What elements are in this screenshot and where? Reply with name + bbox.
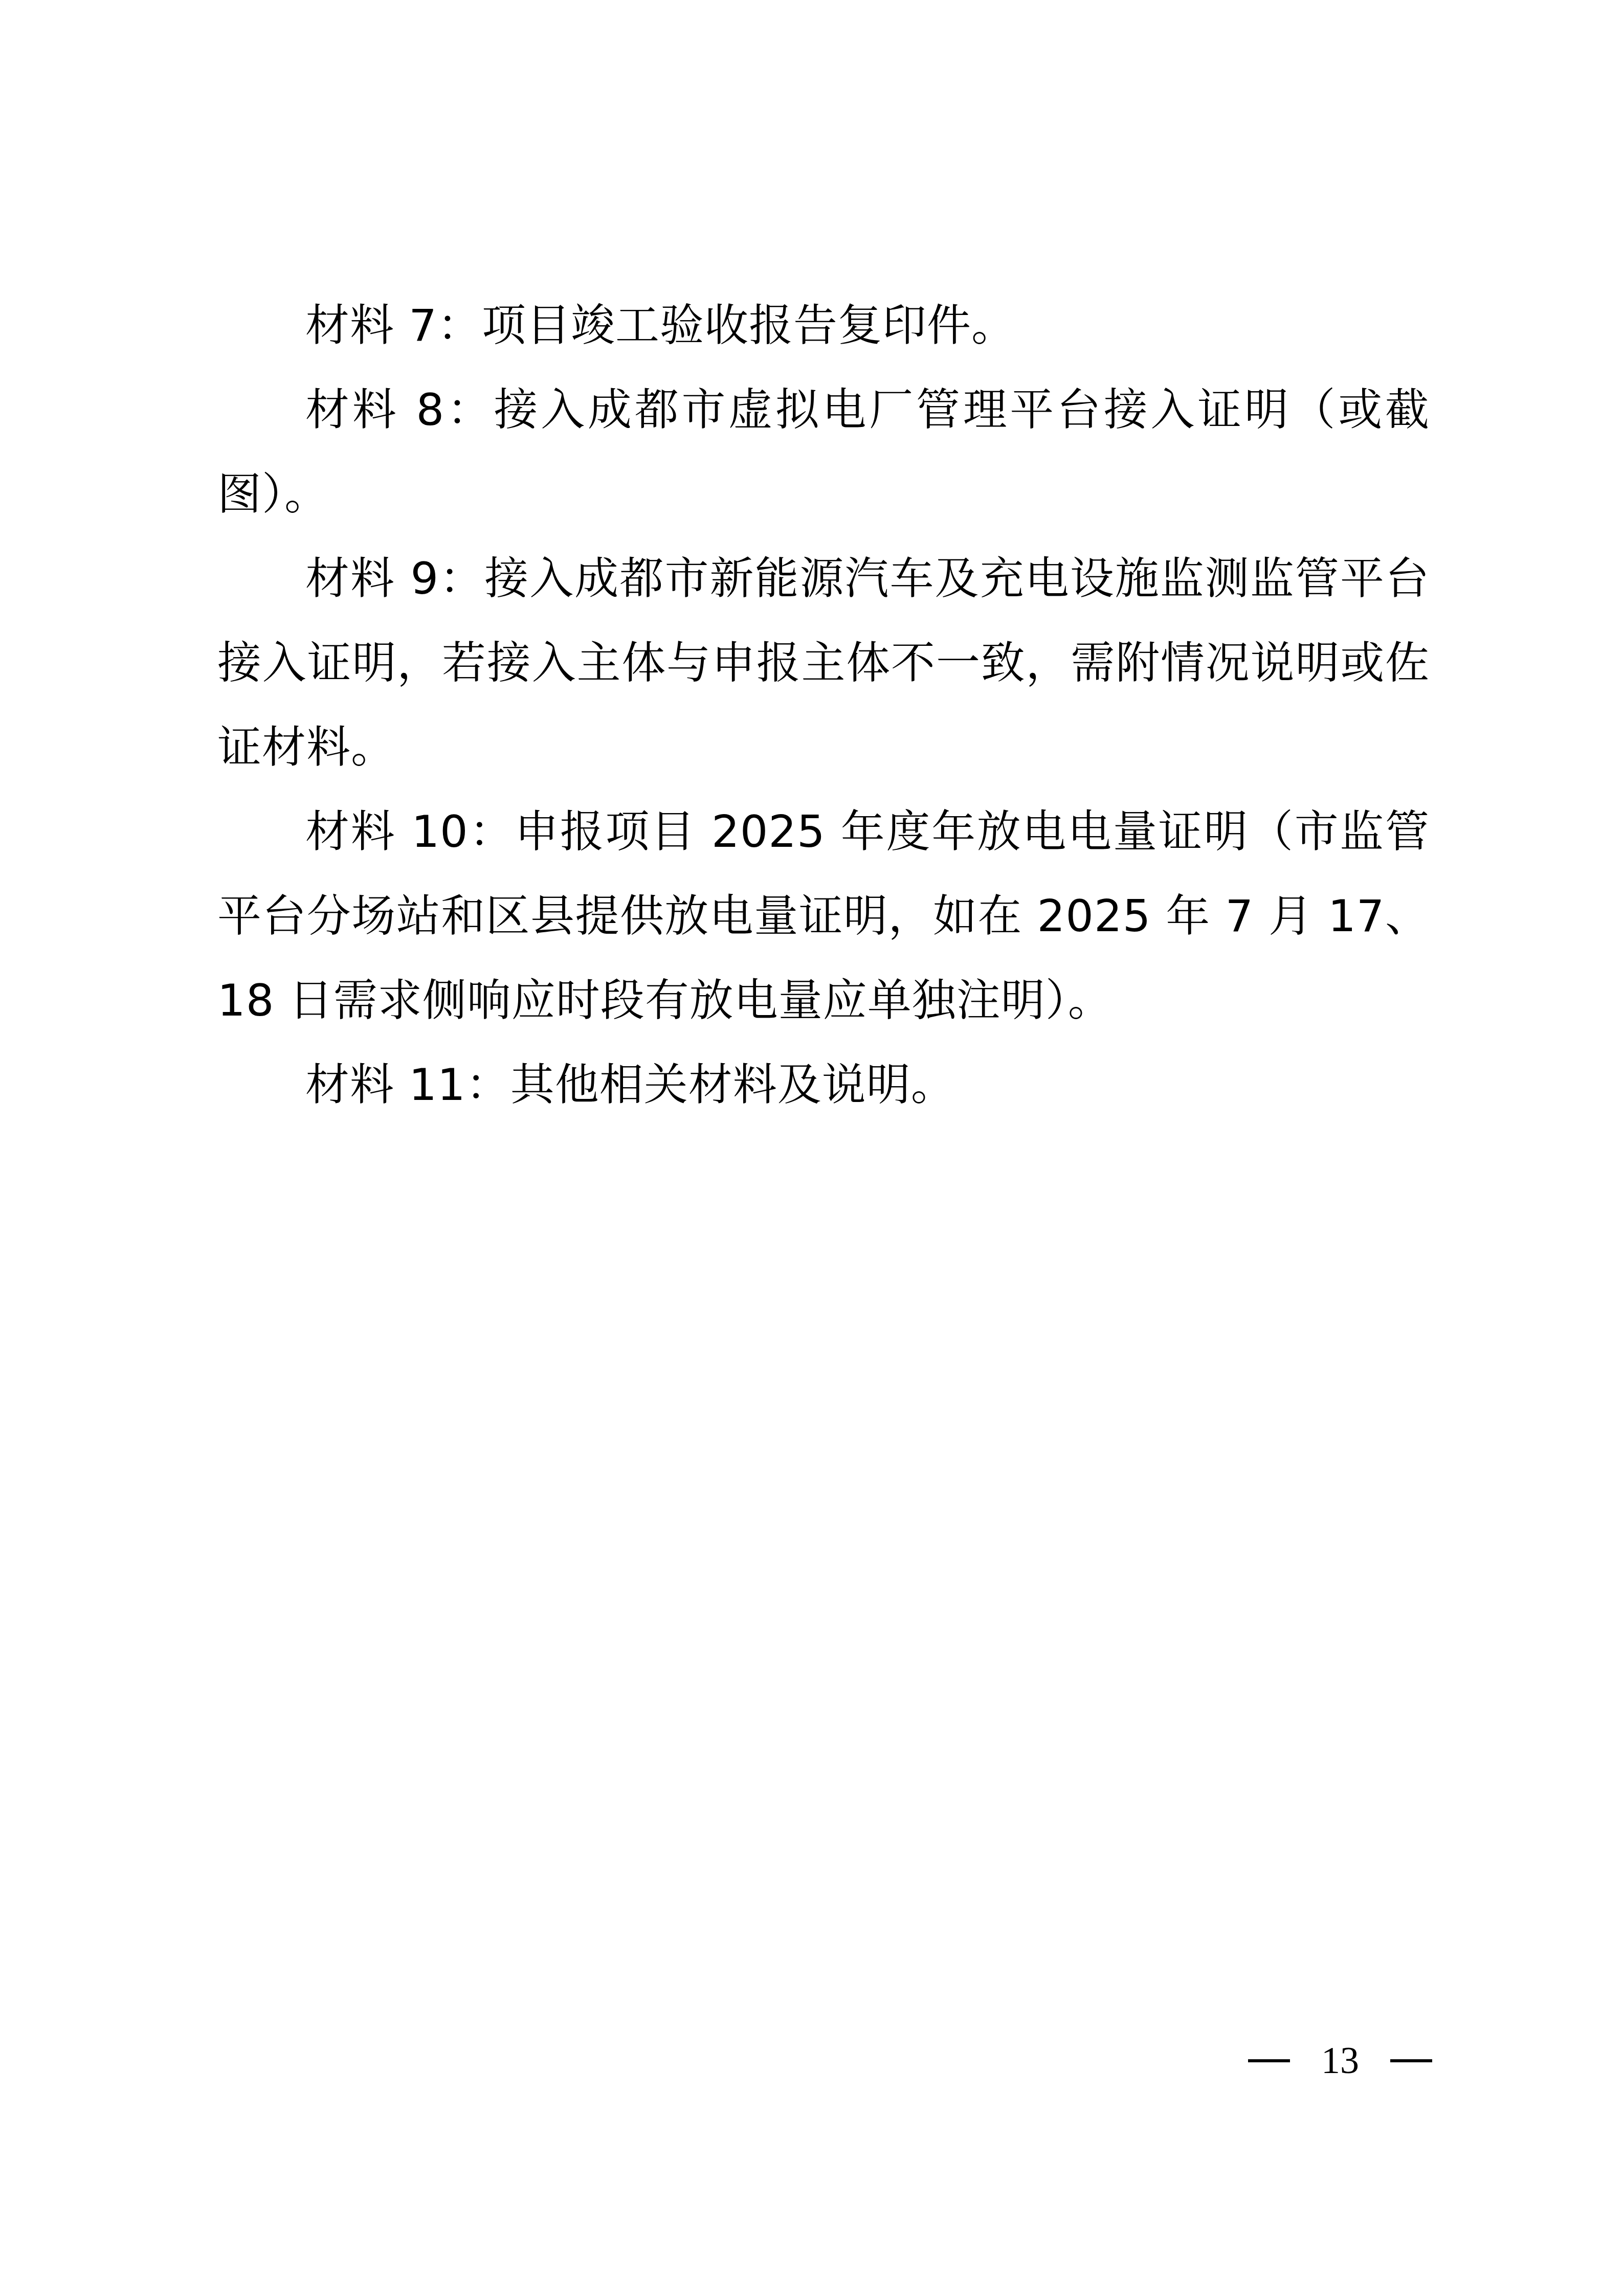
dash-left-decoration <box>1248 2059 1290 2062</box>
material-label: 材料 10： <box>305 806 515 858</box>
material-label: 材料 11： <box>305 1060 510 1111</box>
paragraph-material-9: 材料 9：接入成都市新能源汽车及充电设施监测监管平台接入证明，若接入主体与申报主… <box>217 537 1430 790</box>
paragraph-material-11: 材料 11：其他相关材料及说明。 <box>217 1043 1430 1128</box>
material-label: 材料 7： <box>305 300 482 351</box>
material-label: 材料 8： <box>305 385 494 436</box>
page-footer: 13 <box>1248 2038 1432 2084</box>
paragraph-material-8: 材料 8：接入成都市虚拟电厂管理平台接入证明（或截图）。 <box>217 368 1430 537</box>
document-page: 材料 7：项目竣工验收报告复印件。 材料 8：接入成都市虚拟电厂管理平台接入证明… <box>0 0 1624 2296</box>
page-number: 13 <box>1321 2038 1359 2084</box>
dash-right-decoration <box>1390 2059 1432 2062</box>
material-text: 项目竣工验收报告复印件。 <box>482 300 1016 351</box>
material-label: 材料 9： <box>305 553 484 604</box>
document-body: 材料 7：项目竣工验收报告复印件。 材料 8：接入成都市虚拟电厂管理平台接入证明… <box>217 284 1430 1128</box>
paragraph-material-7: 材料 7：项目竣工验收报告复印件。 <box>217 284 1430 368</box>
paragraph-material-10: 材料 10：申报项目 2025 年度年放电电量证明（市监管平台分场站和区县提供放… <box>217 790 1430 1043</box>
material-text: 其他相关材料及说明。 <box>510 1060 955 1111</box>
